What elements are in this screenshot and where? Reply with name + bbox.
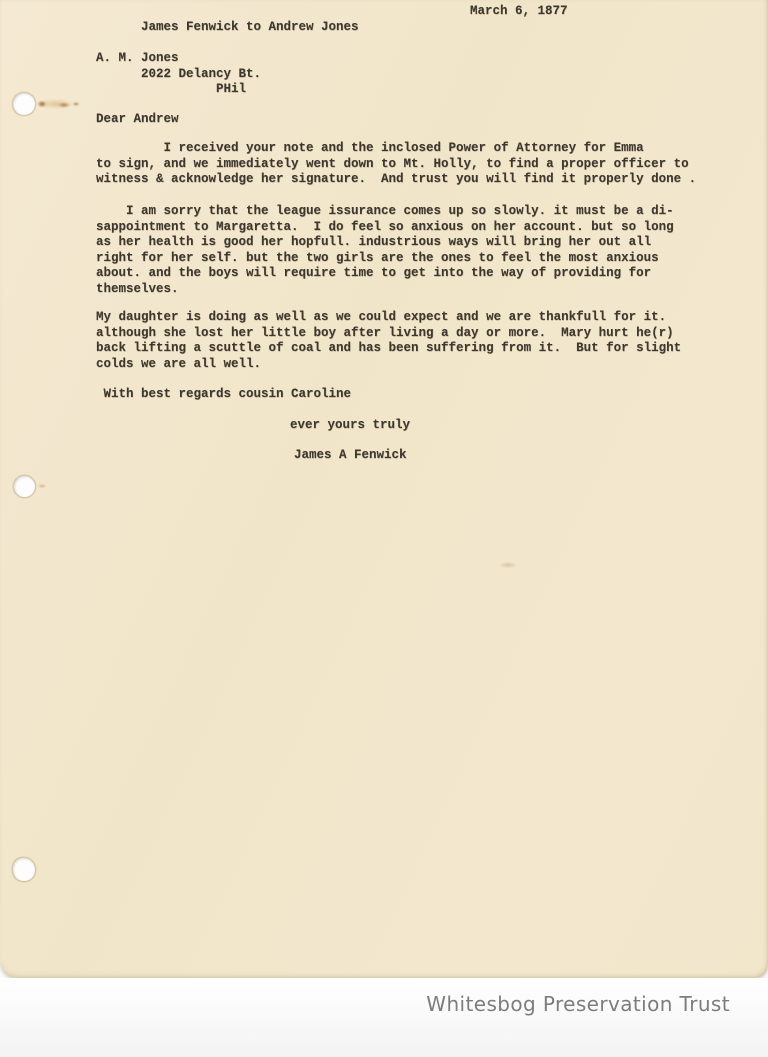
regards-line: With best regards cousin Caroline [96, 387, 351, 403]
footer-band: Whitesbog Preservation Trust [0, 978, 768, 1057]
archive-credit: Whitesbog Preservation Trust [426, 992, 730, 1016]
letter-paper-sheet: James Fenwick to Andrew Jones March 6, 1… [0, 0, 768, 978]
paragraph-3: My daughter is doing as well as we could… [96, 310, 681, 372]
punch-hole-middle [14, 476, 35, 497]
rust-stain-small [36, 483, 48, 490]
closing-line: ever yours truly [290, 418, 410, 434]
paragraph-2: I am sorry that the league issurance com… [96, 204, 674, 298]
punch-hole-bottom [13, 858, 35, 881]
scanned-letter-page: { "letter": { "header_left": "James Fenw… [0, 0, 768, 1057]
rust-stain [32, 95, 90, 113]
paragraph-1: I received your note and the inclosed Po… [96, 141, 696, 188]
recipient-address: A. M. Jones 2022 Delancy Bt. PHil [96, 51, 261, 98]
letter-date: March 6, 1877 [470, 4, 568, 20]
letter-title: James Fenwick to Andrew Jones [141, 20, 359, 34]
salutation: Dear Andrew [96, 112, 179, 128]
signature-line: James A Fenwick [294, 448, 407, 464]
letter-body: James Fenwick to Andrew Jones March 6, 1… [96, 0, 736, 978]
